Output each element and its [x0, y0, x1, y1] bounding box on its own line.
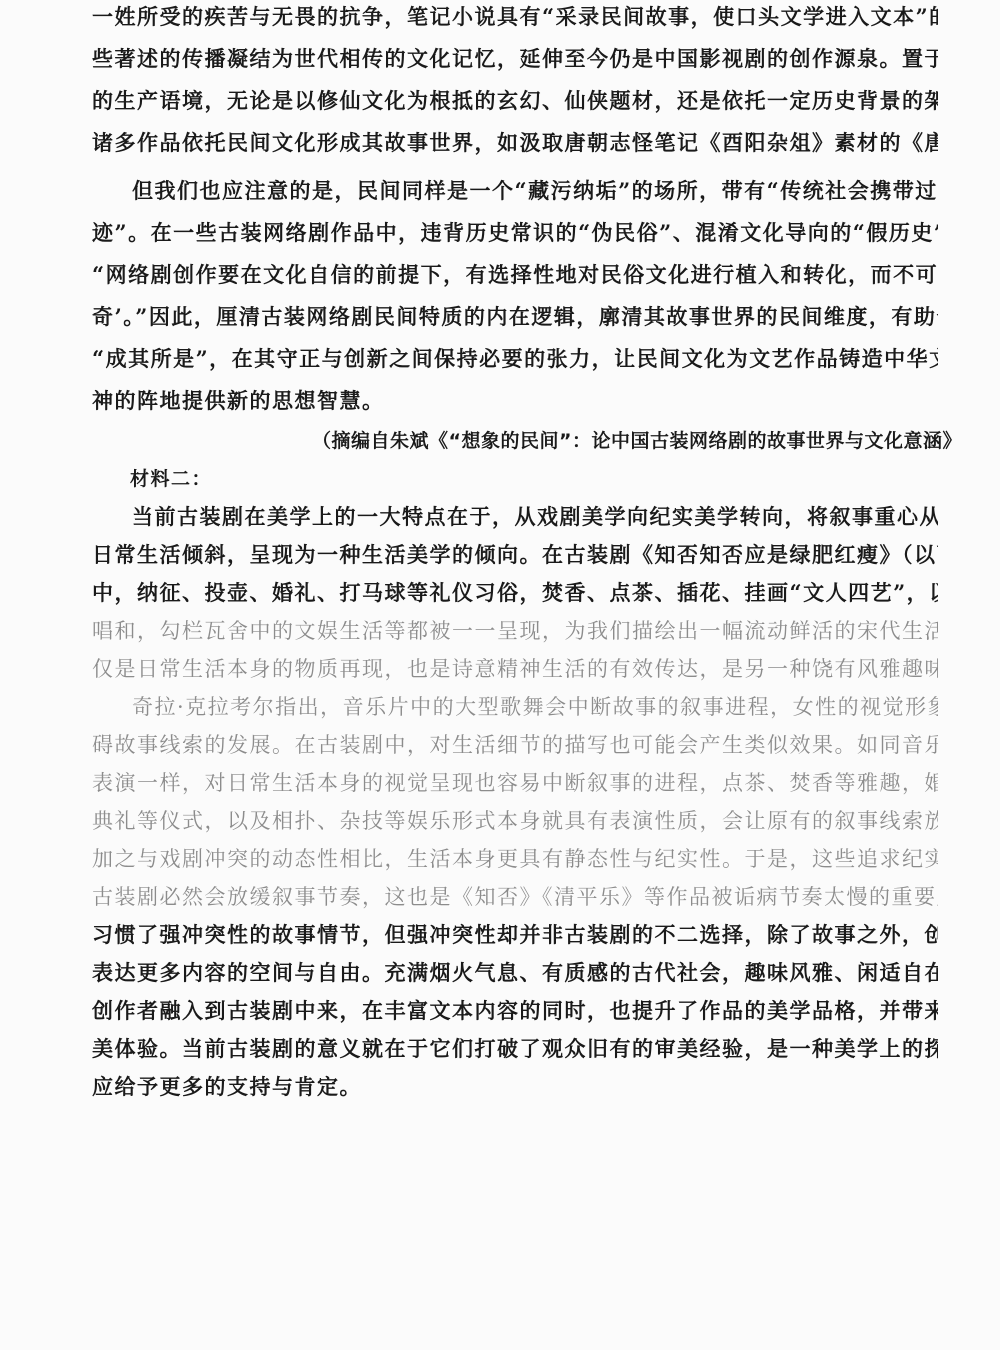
text-line: 美体验。当前古装剧的意义就在于它们打破了观众旧有的审美经验，是一种美学上的探索与… [92, 1034, 938, 1064]
text-line: 但我们也应注意的是，民间同样是一个“藏污纳垢”的场所，带有“传统社会携带过来的旧… [132, 176, 938, 206]
text-line: 典礼等仪式，以及相扑、杂技等娱乐形式本身就具有表演性质，会让原有的叙事线索放缓，… [92, 806, 938, 836]
text-line: 表达更多内容的空间与自由。充满烟火气息、有质感的古代社会，趣味风雅、闲适自在的生… [92, 958, 938, 988]
text-line: 诸多作品依托民间文化形成其故事世界，如汲取唐朝志怪笔记《酉阳杂俎》素材的《唐朝诡… [92, 128, 938, 158]
text-line: 仅是日常生活本身的物质再现，也是诗意精神生活的有效传达，是另一种饶有风雅趣味的生… [92, 654, 938, 684]
text-line: 习惯了强冲突性的故事情节，但强冲突性却并非古装剧的不二选择，除了故事之外，创作者… [92, 920, 938, 950]
text-line: 神的阵地提供新的思想智慧。 [92, 386, 938, 416]
text-line: 创作者融入到古装剧中来，在丰富文本内容的同时，也提升了作品的美学品格，并带来了不… [92, 996, 938, 1026]
text-line: “成其所是”，在其守正与创新之间保持必要的张力，让民间文化为文艺作品铸造中华文化… [92, 344, 938, 374]
text-line: 加之与戏剧冲突的动态性相比，生活本身更具有静态性与纪实性。于是，这些追求纪实感、… [92, 844, 938, 874]
text-line: “网络剧创作要在文化自信的前提下，有选择性地对民俗文化进行植入和转化，而不可一味… [92, 260, 938, 290]
text-line: 一姓所受的疾苦与无畏的抗争，笔记小说具有“采录民间故事，使口头文学进入文本”的作… [92, 2, 938, 32]
text-line: 些著述的传播凝结为世代相传的文化记忆，延伸至今仍是中国影视剧的创作源泉。置于古装… [92, 44, 938, 74]
text-line: 迹”。在一些古装网络剧作品中，违背历史常识的“伪民俗”、混淆文化导向的“假历史”… [92, 218, 938, 248]
text-line: 唱和，勾栏瓦舍中的文娱生活等都被一一呈现，为我们描绘出一幅流动鲜活的宋代生活画卷… [92, 616, 938, 646]
text-line: 当前古装剧在美学上的一大特点在于，从戏剧美学向纪实美学转向，将叙事重心从戏剧冲突… [132, 502, 938, 532]
text-line: 表演一样，对日常生活本身的视觉呈现也容易中断叙事的进程，点茶、焚香等雅趣，婚丧嫁… [92, 768, 938, 798]
source-citation: （摘编自朱斌《“想象的民间”：论中国古装网络剧的故事世界与文化意涵》） [312, 426, 952, 456]
text-line: 日常生活倾斜，呈现为一种生活美学的倾向。在古装剧《知否知否应是绿肥红瘦》（以下简… [92, 540, 938, 570]
text-line: 奇’。”因此，厘清古装网络剧民间特质的内在逻辑，廓清其故事世界的民间维度，有助于… [92, 302, 938, 332]
exam-page: 一姓所受的疾苦与无畏的抗争，笔记小说具有“采录民间故事，使口头文学进入文本”的作… [0, 0, 1000, 1350]
text-line: 中，纳征、投壶、婚礼、打马球等礼仪习俗，焚香、点茶、插花、挂画“文人四艺”，以及… [92, 578, 938, 608]
text-line: 的生产语境，无论是以修仙文化为根抵的玄幻、仙侠题材，还是依托一定历史背景的架空、… [92, 86, 938, 116]
section-heading: 材料二： [130, 464, 976, 494]
text-line: 碍故事线索的发展。在古装剧中，对生活细节的描写也可能会产生类似效果。如同音乐片中… [92, 730, 938, 760]
text-line: 奇拉·克拉考尔指出，音乐片中的大型歌舞会中断故事的叙事进程，女性的视觉形象展现往… [132, 692, 938, 722]
text-line: 古装剧必然会放缓叙事节奏，这也是《知否》《清平乐》等作品被诟病节奏太慢的重要原因… [92, 882, 938, 912]
text-line: 应给予更多的支持与肯定。 [92, 1072, 938, 1102]
